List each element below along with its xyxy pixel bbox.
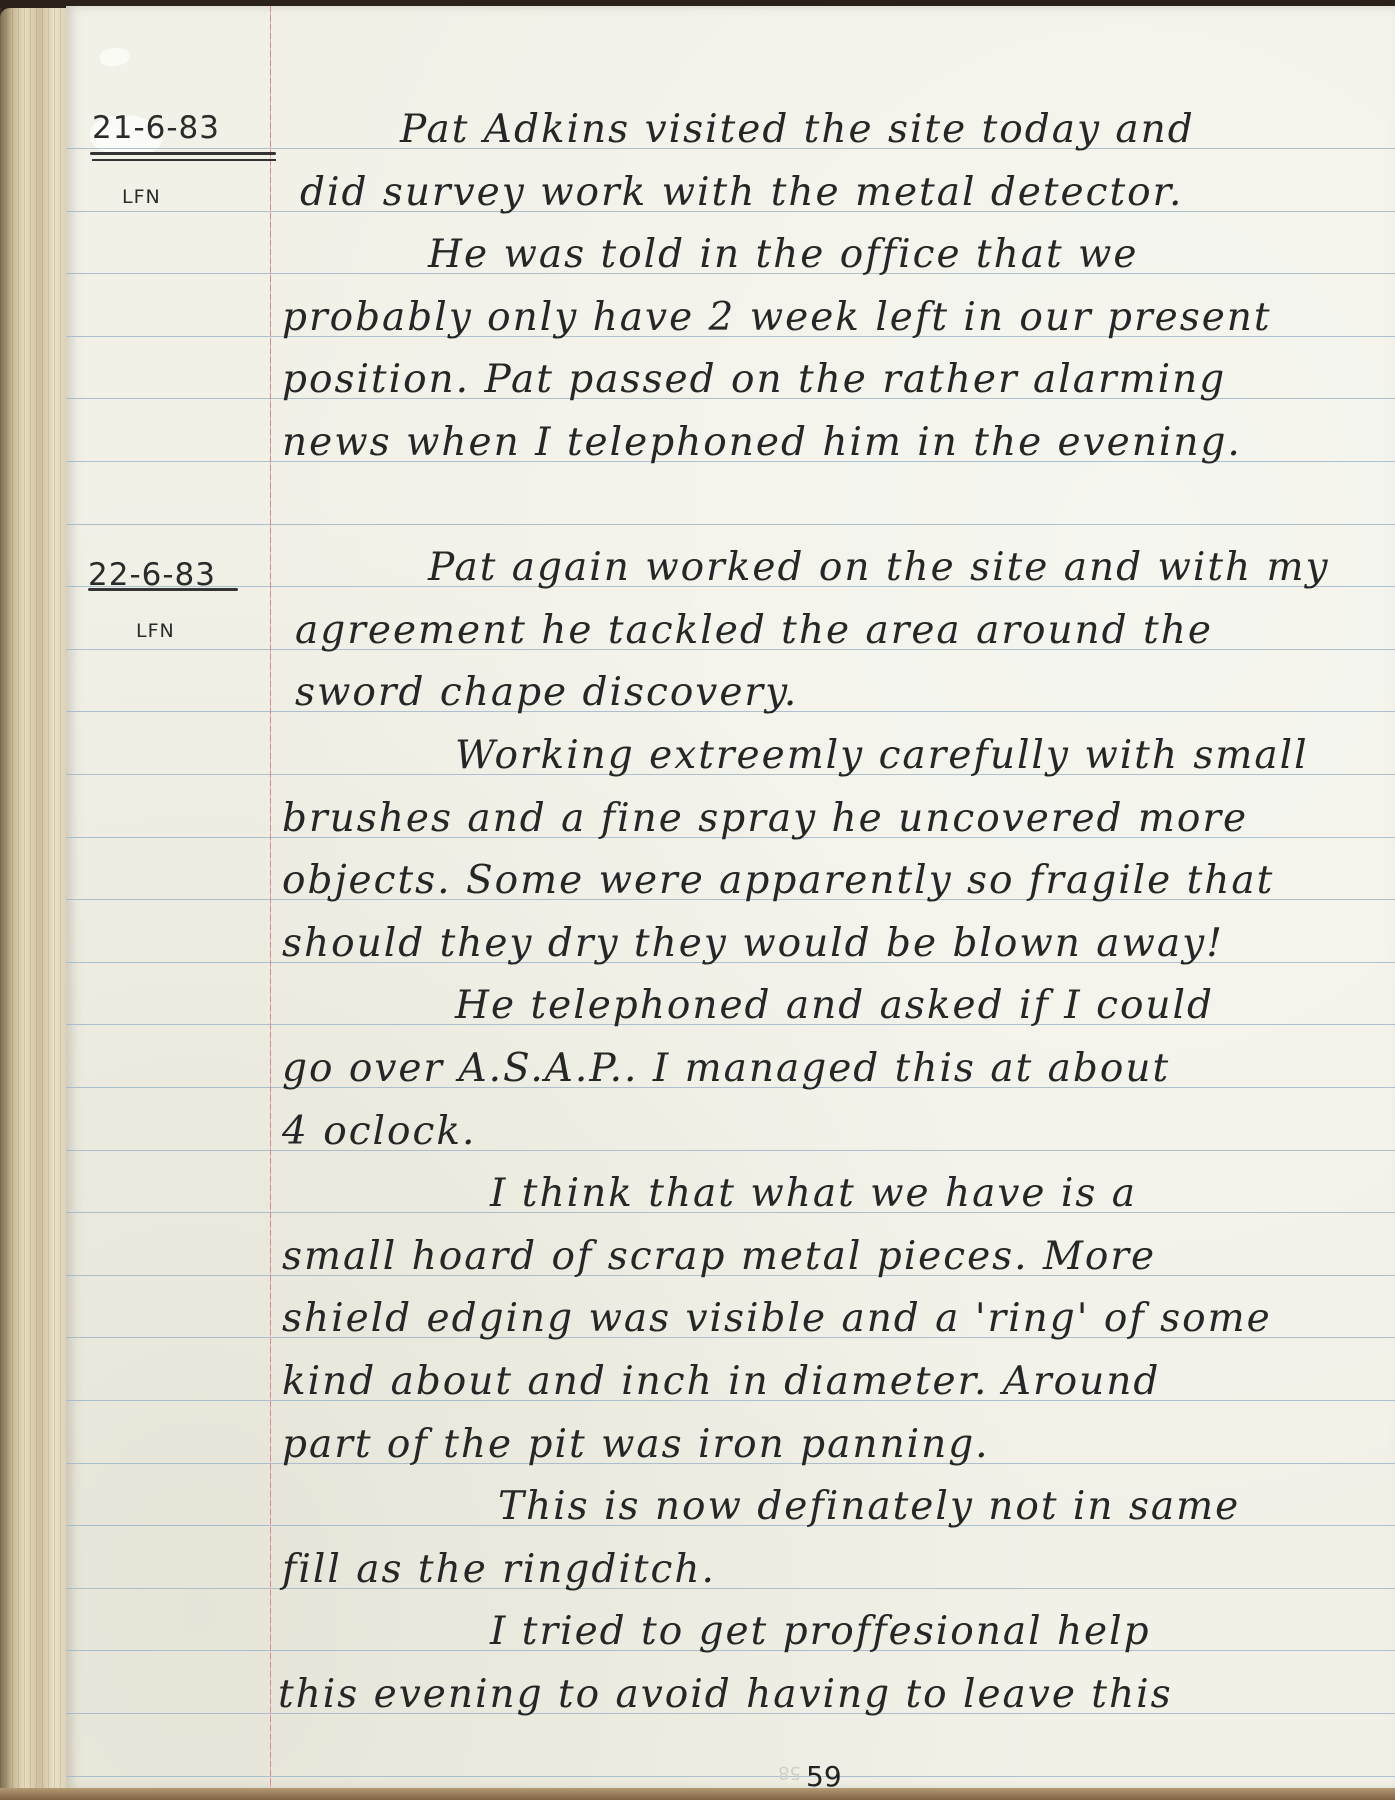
rule-line bbox=[66, 1150, 1395, 1151]
date-underline bbox=[92, 159, 276, 161]
rule-line bbox=[66, 1776, 1395, 1777]
book-page-edges bbox=[0, 8, 72, 1792]
rule-line bbox=[66, 524, 1395, 525]
handwritten-line: Working extreemly carefully with small bbox=[455, 736, 1309, 775]
handwritten-line: sword chape discovery. bbox=[295, 673, 798, 712]
handwritten-line: This is now definately not in same bbox=[498, 1487, 1240, 1526]
margin-line bbox=[270, 6, 271, 1788]
handwritten-line: brushes and a fine spray he uncovered mo… bbox=[282, 799, 1248, 838]
handwritten-line: kind about and inch in diameter. Around bbox=[282, 1362, 1160, 1401]
handwritten-line: objects. Some were apparently so fragile… bbox=[282, 861, 1274, 900]
handwritten-line: probably only have 2 week left in our pr… bbox=[282, 298, 1272, 337]
handwritten-line: agreement he tackled the area around the bbox=[295, 611, 1213, 650]
entry-date: 21-6-83 bbox=[92, 113, 220, 144]
book-cover-edge bbox=[0, 1788, 1395, 1800]
handwritten-line: should they dry they would be blown away… bbox=[282, 924, 1224, 963]
handwritten-line: part of the pit was iron panning. bbox=[282, 1425, 990, 1464]
handwritten-line: did survey work with the metal detector. bbox=[300, 173, 1183, 212]
handwritten-line: I think that what we have is a bbox=[490, 1174, 1137, 1213]
handwritten-line: news when I telephoned him in the evenin… bbox=[282, 423, 1242, 462]
date-underline bbox=[88, 588, 238, 591]
handwritten-line: this evening to avoid having to leave th… bbox=[278, 1675, 1173, 1714]
entry-initials: LFN bbox=[122, 186, 161, 208]
handwritten-line: fill as the ringditch. bbox=[282, 1550, 716, 1589]
date-underline bbox=[90, 152, 276, 155]
entry-initials: LFN bbox=[136, 620, 175, 642]
handwritten-line: He telephoned and asked if I could bbox=[455, 986, 1214, 1025]
handwritten-line: 4 oclock. bbox=[282, 1112, 476, 1151]
rule-line bbox=[66, 1588, 1395, 1589]
handwritten-line: position. Pat passed on the rather alarm… bbox=[282, 360, 1226, 399]
handwritten-line: He was told in the office that we bbox=[428, 235, 1139, 274]
handwritten-line: Pat Adkins visited the site today and bbox=[400, 110, 1195, 149]
handwritten-line: Pat again worked on the site and with my bbox=[428, 548, 1330, 587]
handwritten-line: go over A.S.A.P.. I managed this at abou… bbox=[282, 1049, 1170, 1088]
handwritten-line: small hoard of scrap metal pieces. More bbox=[282, 1237, 1156, 1276]
entry-date: 22-6-83 bbox=[88, 560, 216, 591]
handwritten-line: shield edging was visible and a 'ring' o… bbox=[282, 1299, 1272, 1338]
bleed-through-page-number: 58 bbox=[778, 1762, 801, 1783]
handwritten-line: I tried to get proffesional help bbox=[490, 1612, 1151, 1651]
